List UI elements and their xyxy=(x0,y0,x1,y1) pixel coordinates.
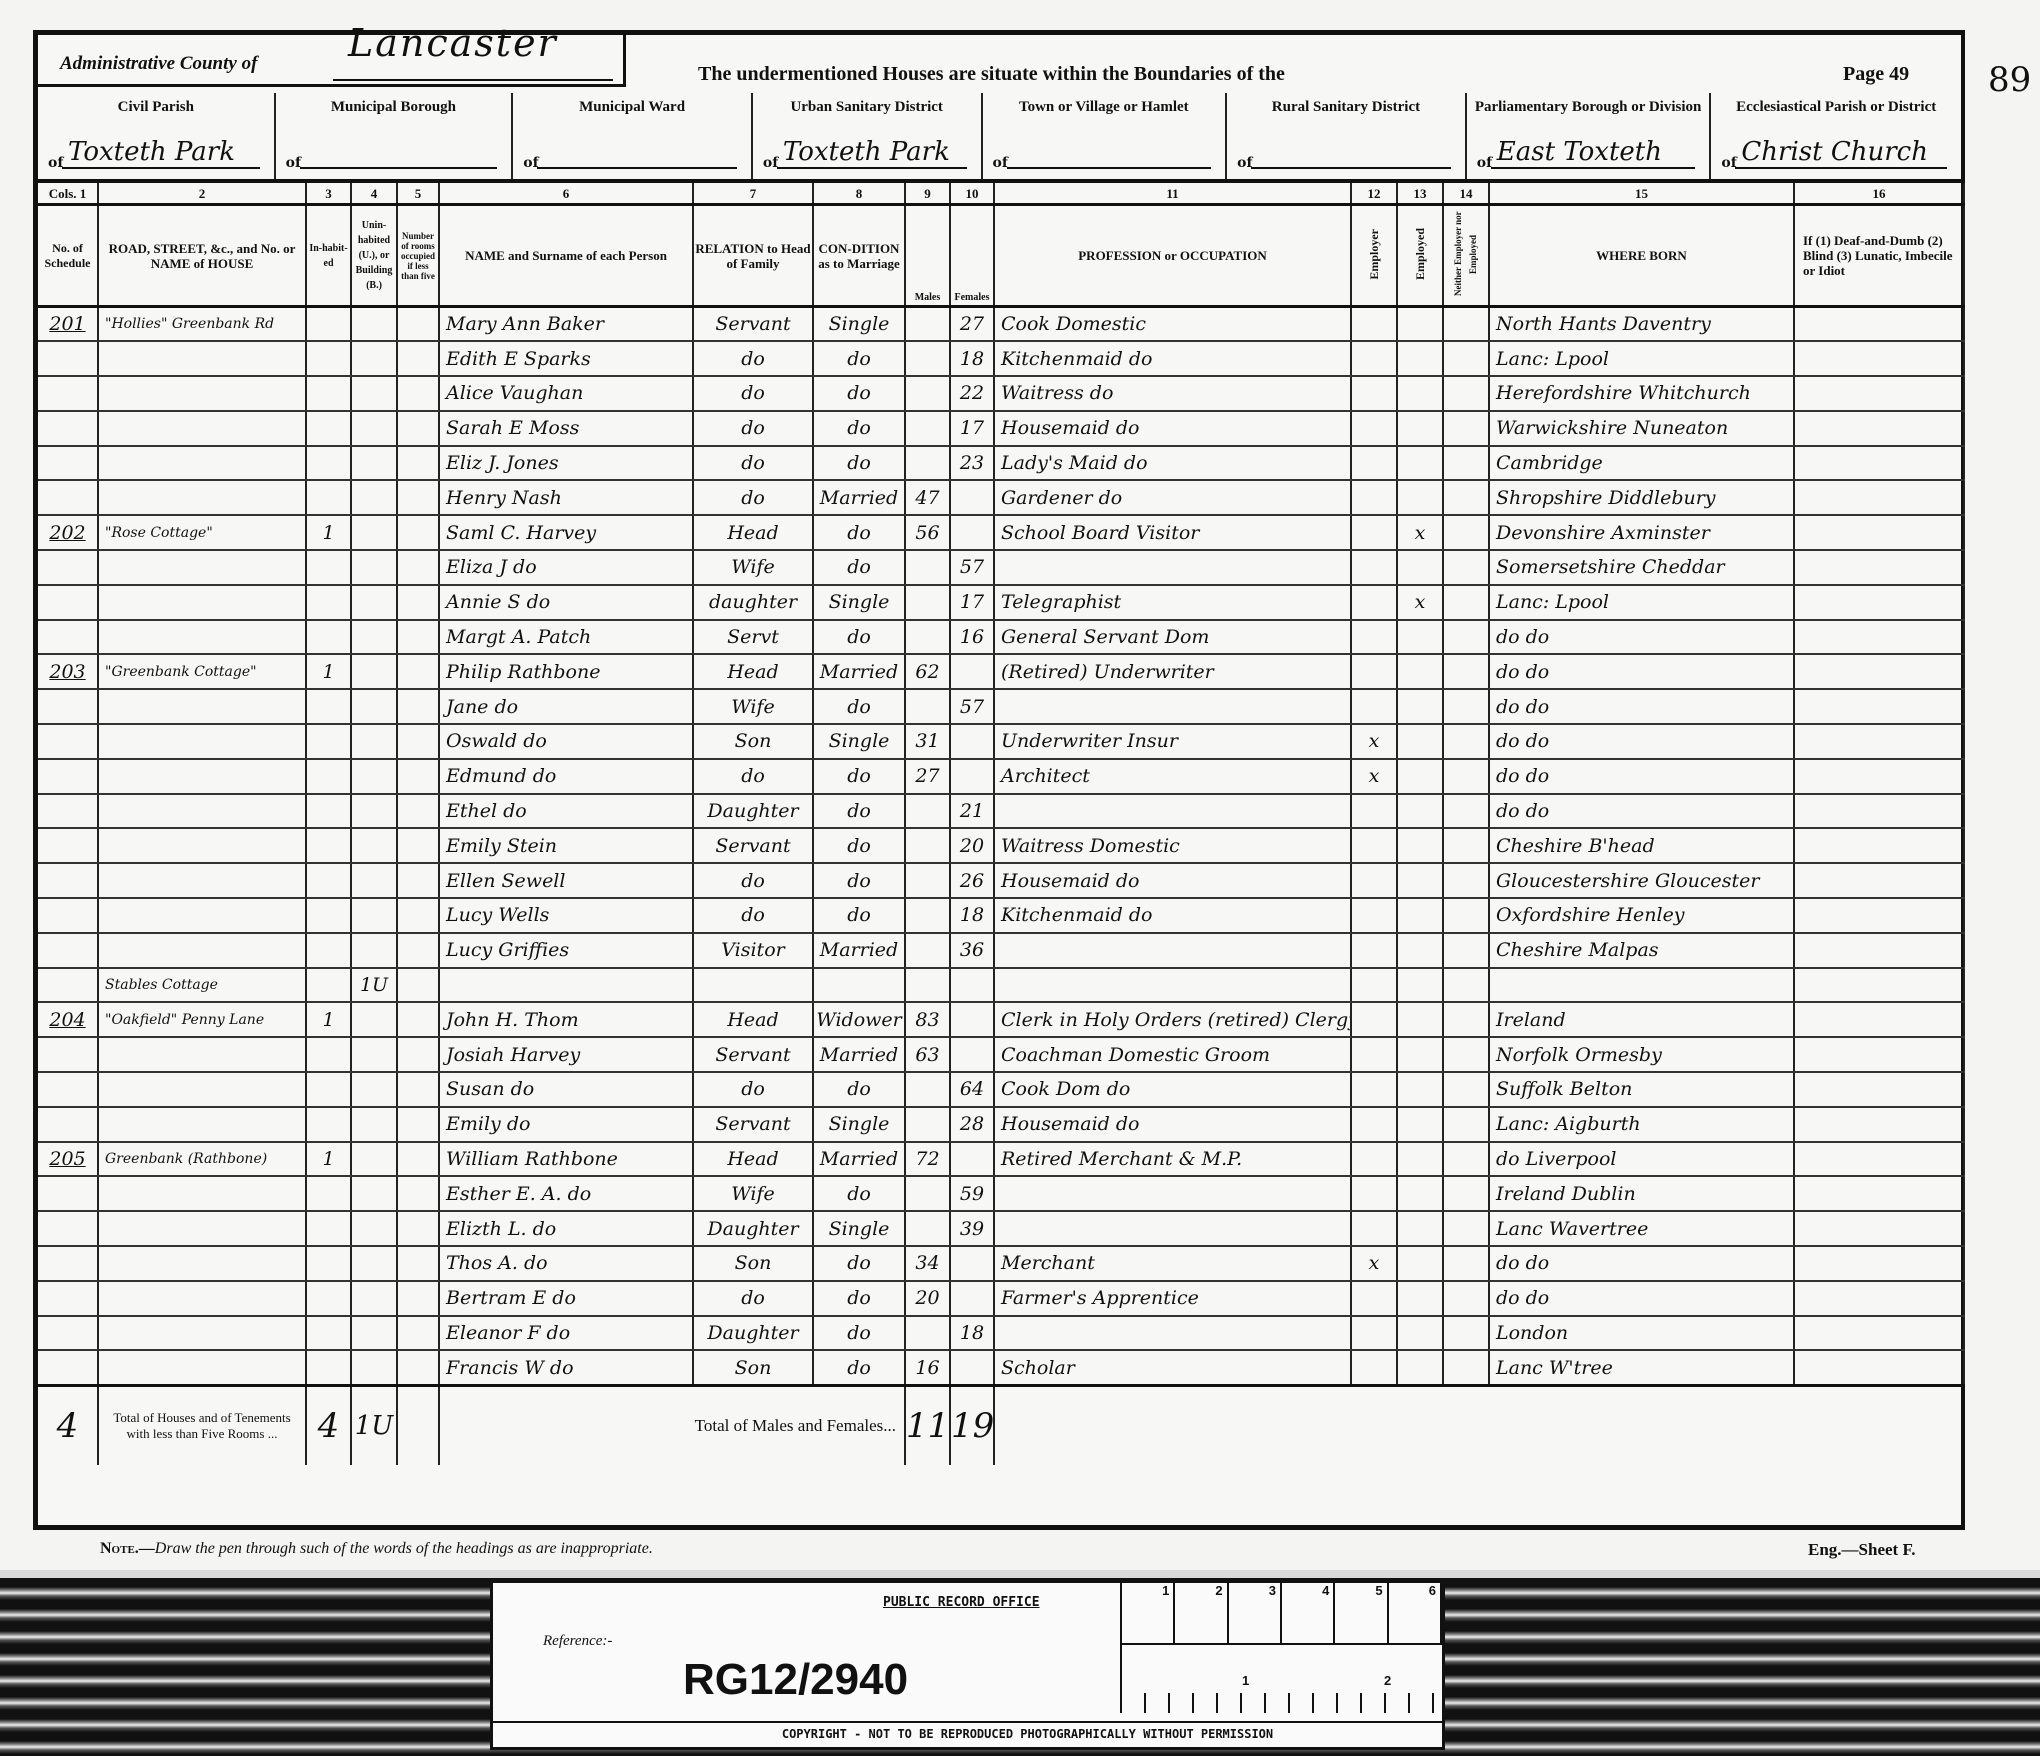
infirmity xyxy=(1794,689,1964,724)
schedule-number xyxy=(38,620,98,655)
col-number: 10 xyxy=(950,183,994,205)
male-age xyxy=(905,1316,950,1351)
table-row: Stables Cottage1U xyxy=(38,968,1964,1003)
rooms-count xyxy=(397,898,439,933)
marital-condition: do xyxy=(813,446,905,481)
marital-condition: Widower xyxy=(813,1002,905,1037)
male-age xyxy=(905,933,950,968)
occupation: Farmer's Apprentice xyxy=(994,1281,1351,1316)
occupation: Gardener do xyxy=(994,480,1351,515)
marital-condition: do xyxy=(813,376,905,411)
relation-to-head: do xyxy=(693,341,813,376)
scale-ruler: 1 2 3 4 5 6 1 2 xyxy=(1120,1583,1442,1713)
female-age: 57 xyxy=(950,550,994,585)
male-age: 47 xyxy=(905,480,950,515)
uninhabited-count xyxy=(351,828,397,863)
uninhabited-count xyxy=(351,724,397,759)
district-row: Civil Parish of Toxteth Park Municipal B… xyxy=(38,93,1961,183)
uninhabited-count xyxy=(351,1072,397,1107)
infirmity xyxy=(1794,828,1964,863)
female-age xyxy=(950,1281,994,1316)
neither-mark xyxy=(1443,1350,1489,1385)
total-males: 11 xyxy=(905,1385,950,1465)
relation-to-head: Son xyxy=(693,1350,813,1385)
female-age: 26 xyxy=(950,863,994,898)
female-age xyxy=(950,1037,994,1072)
inhabited-count xyxy=(306,1246,351,1281)
rooms-count xyxy=(397,620,439,655)
uninhabited-count xyxy=(351,480,397,515)
inhabited-count xyxy=(306,1211,351,1246)
person-name: Ellen Sewell xyxy=(439,863,693,898)
person-name: John H. Thom xyxy=(439,1002,693,1037)
birthplace: do do xyxy=(1489,1281,1794,1316)
infirmity xyxy=(1794,1142,1964,1177)
sheet-label: Eng.—Sheet F. xyxy=(1808,1540,1916,1560)
female-age: 23 xyxy=(950,446,994,481)
birthplace: North Hants Daventry xyxy=(1489,307,1794,342)
employed-mark xyxy=(1397,411,1443,446)
marital-condition: do xyxy=(813,794,905,829)
relation-to-head: Daughter xyxy=(693,794,813,829)
birthplace: Somersetshire Cheddar xyxy=(1489,550,1794,585)
birthplace: Herefordshire Whitchurch xyxy=(1489,376,1794,411)
birthplace: Lanc: Lpool xyxy=(1489,585,1794,620)
rooms-count xyxy=(397,480,439,515)
house-address xyxy=(98,480,306,515)
occupation: General Servant Dom xyxy=(994,620,1351,655)
person-name: Mary Ann Baker xyxy=(439,307,693,342)
occupation: Underwriter Insur xyxy=(994,724,1351,759)
margin-folio-number: 89 xyxy=(1988,60,2031,100)
total-schedules: 4 xyxy=(38,1385,98,1465)
schedule-number xyxy=(38,1107,98,1142)
occupation xyxy=(994,1316,1351,1351)
rooms-count xyxy=(397,689,439,724)
male-age: 27 xyxy=(905,759,950,794)
column-number-row: Cols. 1 2 3 4 5 6 7 8 9 10 11 12 13 14 1… xyxy=(38,183,1964,205)
marital-condition: Single xyxy=(813,1211,905,1246)
marital-condition: do xyxy=(813,863,905,898)
schedule-number xyxy=(38,411,98,446)
inhabited-count xyxy=(306,828,351,863)
col-number: 12 xyxy=(1351,183,1397,205)
county-label: Administrative County of xyxy=(60,53,257,75)
female-age: 18 xyxy=(950,341,994,376)
birthplace: Cheshire Malpas xyxy=(1489,933,1794,968)
inhabited-count xyxy=(306,1072,351,1107)
infirmity xyxy=(1794,1211,1964,1246)
marital-condition: do xyxy=(813,341,905,376)
rooms-count xyxy=(397,654,439,689)
col-number: 16 xyxy=(1794,183,1964,205)
infirmity xyxy=(1794,1107,1964,1142)
infirmity xyxy=(1794,933,1964,968)
table-row: Josiah HarveyServantMarried63Coachman Do… xyxy=(38,1037,1964,1072)
table-row: Thos A. doSondo34Merchantxdo do xyxy=(38,1246,1964,1281)
district-value: Christ Church xyxy=(1741,137,1928,167)
inhabited-count xyxy=(306,411,351,446)
relation-to-head: Wife xyxy=(693,1176,813,1211)
marital-condition: do xyxy=(813,1281,905,1316)
uninhabited-count xyxy=(351,654,397,689)
table-row: 205Greenbank (Rathbone)1William Rathbone… xyxy=(38,1142,1964,1177)
marital-condition: Married xyxy=(813,480,905,515)
table-row: 204"Oakfield" Penny Lane1John H. ThomHea… xyxy=(38,1002,1964,1037)
infirmity xyxy=(1794,515,1964,550)
inhabited-count xyxy=(306,1176,351,1211)
occupation: Housemaid do xyxy=(994,863,1351,898)
inhabited-count xyxy=(306,968,351,1003)
employer-mark xyxy=(1351,515,1397,550)
district-ecclesiastical: Ecclesiastical Parish or District of Chr… xyxy=(1711,93,1961,179)
relation-to-head: do xyxy=(693,759,813,794)
female-age xyxy=(950,480,994,515)
county-value: Lancaster xyxy=(348,21,558,65)
schedule-number xyxy=(38,828,98,863)
female-age: 18 xyxy=(950,898,994,933)
employed-mark xyxy=(1397,446,1443,481)
schedule-number: 202 xyxy=(38,515,98,550)
birthplace: do Liverpool xyxy=(1489,1142,1794,1177)
header-employer-cell: Employer xyxy=(1351,205,1397,307)
census-form: Administrative County of Lancaster The u… xyxy=(33,30,1965,1530)
header-neither: Neither Employer nor Employed xyxy=(1451,206,1481,302)
inhabited-count xyxy=(306,724,351,759)
inhabited-count xyxy=(306,620,351,655)
table-row: Lucy GriffiesVisitorMarried36Cheshire Ma… xyxy=(38,933,1964,968)
house-address xyxy=(98,933,306,968)
house-address xyxy=(98,759,306,794)
inhabited-count: 1 xyxy=(306,654,351,689)
ruler-tick-label: 6 xyxy=(1389,1583,1442,1643)
ruler-tick-label: 2 xyxy=(1175,1583,1228,1643)
header-employer: Employer xyxy=(1367,229,1382,280)
birthplace: Cambridge xyxy=(1489,446,1794,481)
relation-to-head: Wife xyxy=(693,550,813,585)
schedule-number xyxy=(38,1350,98,1385)
infirmity xyxy=(1794,1002,1964,1037)
district-label: Parliamentary Borough or Division xyxy=(1467,93,1710,115)
house-address: Stables Cottage xyxy=(98,968,306,1003)
occupation: Waitress do xyxy=(994,376,1351,411)
col-number: 4 xyxy=(351,183,397,205)
district-underline xyxy=(777,167,967,169)
relation-to-head: Servant xyxy=(693,1037,813,1072)
marital-condition: do xyxy=(813,620,905,655)
infirmity xyxy=(1794,1072,1964,1107)
schedule-number xyxy=(38,585,98,620)
occupation: Housemaid do xyxy=(994,1107,1351,1142)
infirmity xyxy=(1794,376,1964,411)
rooms-count xyxy=(397,550,439,585)
relation-to-head: Head xyxy=(693,1142,813,1177)
ruler-tick-label: 2 xyxy=(1384,1673,1391,1688)
employer-mark xyxy=(1351,585,1397,620)
infirmity xyxy=(1794,341,1964,376)
uninhabited-count xyxy=(351,689,397,724)
schedule-number: 201 xyxy=(38,307,98,342)
house-address xyxy=(98,1211,306,1246)
rooms-count xyxy=(397,759,439,794)
infirmity xyxy=(1794,550,1964,585)
header-uninhabited: Unin-habited (U.), or Building (B.) xyxy=(351,205,397,307)
census-page: 89 Administrative County of Lancaster Th… xyxy=(0,0,2040,1570)
marital-condition: do xyxy=(813,1246,905,1281)
employer-mark: x xyxy=(1351,759,1397,794)
col-number: 15 xyxy=(1489,183,1794,205)
col-number: 8 xyxy=(813,183,905,205)
table-row: Francis W doSondo16ScholarLanc W'tree xyxy=(38,1350,1964,1385)
neither-mark xyxy=(1443,376,1489,411)
house-address xyxy=(98,724,306,759)
table-row: Margt A. PatchServtdo16General Servant D… xyxy=(38,620,1964,655)
person-name: Francis W do xyxy=(439,1350,693,1385)
schedule-number xyxy=(38,863,98,898)
relation-to-head: Servt xyxy=(693,620,813,655)
marital-condition: do xyxy=(813,1316,905,1351)
person-name: Eleanor F do xyxy=(439,1316,693,1351)
birthplace: Devonshire Axminster xyxy=(1489,515,1794,550)
inhabited-count xyxy=(306,550,351,585)
infirmity xyxy=(1794,585,1964,620)
col-number: 9 xyxy=(905,183,950,205)
header-name: NAME and Surname of each Person xyxy=(439,205,693,307)
employed-mark xyxy=(1397,341,1443,376)
total-females: 19 xyxy=(950,1385,994,1465)
occupation: (Retired) Underwriter xyxy=(994,654,1351,689)
marital-condition: do xyxy=(813,759,905,794)
infirmity xyxy=(1794,724,1964,759)
inhabited-count xyxy=(306,1107,351,1142)
district-underline xyxy=(1251,167,1451,169)
occupation: Architect xyxy=(994,759,1351,794)
uninhabited-count: 1U xyxy=(351,968,397,1003)
uninhabited-count xyxy=(351,1176,397,1211)
table-row: 201"Hollies" Greenbank RdMary Ann BakerS… xyxy=(38,307,1964,342)
employer-mark xyxy=(1351,620,1397,655)
male-age: 62 xyxy=(905,654,950,689)
female-age: 59 xyxy=(950,1176,994,1211)
footer-note: Note.—Draw the pen through such of the w… xyxy=(100,1540,653,1558)
total-rooms xyxy=(397,1385,439,1465)
table-row: Lucy Wellsdodo18Kitchenmaid doOxfordshir… xyxy=(38,898,1964,933)
employed-mark xyxy=(1397,794,1443,829)
district-label: Town or Village or Hamlet xyxy=(983,93,1226,115)
total-persons-label: Total of Males and Females... xyxy=(439,1385,905,1465)
ruler-tick-label: 5 xyxy=(1335,1583,1388,1643)
col-number: 14 xyxy=(1443,183,1489,205)
schedule-number xyxy=(38,1316,98,1351)
copyright-notice: COPYRIGHT - NOT TO BE REPRODUCED PHOTOGR… xyxy=(493,1721,1442,1741)
district-label: Municipal Ward xyxy=(513,93,751,115)
inhabited-count xyxy=(306,863,351,898)
birthplace: Warwickshire Nuneaton xyxy=(1489,411,1794,446)
rooms-count xyxy=(397,1316,439,1351)
col-number: 13 xyxy=(1397,183,1443,205)
house-address xyxy=(98,1281,306,1316)
marital-condition: Single xyxy=(813,1107,905,1142)
person-name: Susan do xyxy=(439,1072,693,1107)
person-name: Lucy Wells xyxy=(439,898,693,933)
relation-to-head: do xyxy=(693,480,813,515)
infirmity xyxy=(1794,794,1964,829)
infirmity xyxy=(1794,620,1964,655)
table-row: Eleanor F doDaughterdo18London xyxy=(38,1316,1964,1351)
relation-to-head: Head xyxy=(693,654,813,689)
table-row: Annie S dodaughterSingle17TelegraphistxL… xyxy=(38,585,1964,620)
house-address xyxy=(98,550,306,585)
infirmity xyxy=(1794,1037,1964,1072)
rooms-count xyxy=(397,1002,439,1037)
table-row: 202"Rose Cottage"1Saml C. HarveyHeaddo56… xyxy=(38,515,1964,550)
female-age: 16 xyxy=(950,620,994,655)
district-label: Municipal Borough xyxy=(276,93,512,115)
col-number: 6 xyxy=(439,183,693,205)
marital-condition: Married xyxy=(813,933,905,968)
schedule-number xyxy=(38,759,98,794)
header-relation: RELATION to Head of Family xyxy=(693,205,813,307)
employed-mark xyxy=(1397,1072,1443,1107)
reference-value: RG12/2940 xyxy=(683,1655,908,1705)
uninhabited-count xyxy=(351,1281,397,1316)
table-row: Edmund dododo27Architectxdo do xyxy=(38,759,1964,794)
schedule-number xyxy=(38,898,98,933)
district-label: Civil Parish xyxy=(38,93,274,115)
female-age: 27 xyxy=(950,307,994,342)
district-underline xyxy=(1491,167,1696,169)
header-schedule: No. of Schedule xyxy=(38,205,98,307)
header-employed: Employed xyxy=(1413,228,1428,280)
district-municipal-borough: Municipal Borough of xyxy=(276,93,514,179)
person-name: Alice Vaughan xyxy=(439,376,693,411)
inhabited-count xyxy=(306,794,351,829)
inhabited-count xyxy=(306,759,351,794)
relation-to-head: Head xyxy=(693,1002,813,1037)
infirmity xyxy=(1794,898,1964,933)
person-name: Oswald do xyxy=(439,724,693,759)
occupation xyxy=(994,550,1351,585)
neither-mark xyxy=(1443,1142,1489,1177)
person-name: Margt A. Patch xyxy=(439,620,693,655)
rooms-count xyxy=(397,1072,439,1107)
employer-mark xyxy=(1351,1281,1397,1316)
table-row: Esther E. A. doWifedo59Ireland Dublin xyxy=(38,1176,1964,1211)
uninhabited-count xyxy=(351,446,397,481)
female-age: 64 xyxy=(950,1072,994,1107)
employed-mark: x xyxy=(1397,585,1443,620)
employed-mark xyxy=(1397,376,1443,411)
rooms-count xyxy=(397,341,439,376)
neither-mark xyxy=(1443,446,1489,481)
person-name: Elizth L. do xyxy=(439,1211,693,1246)
district-underline xyxy=(300,167,498,169)
person-name: Edith E Sparks xyxy=(439,341,693,376)
county-box: Administrative County of Lancaster xyxy=(38,35,626,87)
house-address xyxy=(98,794,306,829)
male-age xyxy=(905,620,950,655)
inhabited-count xyxy=(306,307,351,342)
inhabited-count xyxy=(306,480,351,515)
occupation: Coachman Domestic Groom xyxy=(994,1037,1351,1072)
employed-mark xyxy=(1397,1176,1443,1211)
district-underline xyxy=(1007,167,1212,169)
schedule-number xyxy=(38,933,98,968)
rooms-count xyxy=(397,1246,439,1281)
district-underline xyxy=(537,167,737,169)
occupation: Retired Merchant & M.P. xyxy=(994,1142,1351,1177)
rooms-count xyxy=(397,828,439,863)
header-neither-cell: Neither Employer nor Employed xyxy=(1443,205,1489,307)
neither-mark xyxy=(1443,480,1489,515)
birthplace: Ireland xyxy=(1489,1002,1794,1037)
person-name: Annie S do xyxy=(439,585,693,620)
schedule-number: 205 xyxy=(38,1142,98,1177)
table-row: Jane doWifedo57do do xyxy=(38,689,1964,724)
district-underline xyxy=(62,167,260,169)
neither-mark xyxy=(1443,1107,1489,1142)
employed-mark xyxy=(1397,828,1443,863)
employed-mark xyxy=(1397,1316,1443,1351)
person-name: Ethel do xyxy=(439,794,693,829)
uninhabited-count xyxy=(351,550,397,585)
neither-mark xyxy=(1443,794,1489,829)
employer-mark xyxy=(1351,1002,1397,1037)
employed-mark xyxy=(1397,863,1443,898)
neither-mark xyxy=(1443,863,1489,898)
marital-condition: Married xyxy=(813,654,905,689)
schedule-number xyxy=(38,968,98,1003)
infirmity xyxy=(1794,1246,1964,1281)
table-row: Edith E Sparksdodo18Kitchenmaid doLanc: … xyxy=(38,341,1964,376)
male-age xyxy=(905,376,950,411)
relation-to-head: do xyxy=(693,898,813,933)
district-underline xyxy=(1735,167,1947,169)
schedule-number xyxy=(38,1246,98,1281)
relation-to-head: Daughter xyxy=(693,1316,813,1351)
relation-to-head: do xyxy=(693,376,813,411)
occupation xyxy=(994,968,1351,1003)
house-address: "Hollies" Greenbank Rd xyxy=(98,307,306,342)
occupation: Cook Domestic xyxy=(994,307,1351,342)
district-parliamentary: Parliamentary Borough or Division of Eas… xyxy=(1467,93,1712,179)
rooms-count xyxy=(397,1107,439,1142)
male-age xyxy=(905,1107,950,1142)
marital-condition: do xyxy=(813,550,905,585)
rooms-count xyxy=(397,585,439,620)
schedule-number xyxy=(38,794,98,829)
birthplace xyxy=(1489,968,1794,1003)
birthplace: London xyxy=(1489,1316,1794,1351)
ruler-tick-label: 1 xyxy=(1122,1583,1175,1643)
table-row: Oswald doSonSingle31Underwriter Insurxdo… xyxy=(38,724,1964,759)
header-born: WHERE BORN xyxy=(1489,205,1794,307)
occupation xyxy=(994,689,1351,724)
person-name: William Rathbone xyxy=(439,1142,693,1177)
district-urban-sanitary: Urban Sanitary District of Toxteth Park xyxy=(753,93,983,179)
uninhabited-count xyxy=(351,1142,397,1177)
employer-mark xyxy=(1351,307,1397,342)
header-road: ROAD, STREET, &c., and No. or NAME of HO… xyxy=(98,205,306,307)
relation-to-head: Son xyxy=(693,1246,813,1281)
occupation: Clerk in Holy Orders (retired) Clergy xyxy=(994,1002,1351,1037)
neither-mark xyxy=(1443,759,1489,794)
inhabited-count xyxy=(306,585,351,620)
relation-to-head: do xyxy=(693,446,813,481)
person-name: Bertram E do xyxy=(439,1281,693,1316)
female-age: 18 xyxy=(950,1316,994,1351)
house-address xyxy=(98,1246,306,1281)
